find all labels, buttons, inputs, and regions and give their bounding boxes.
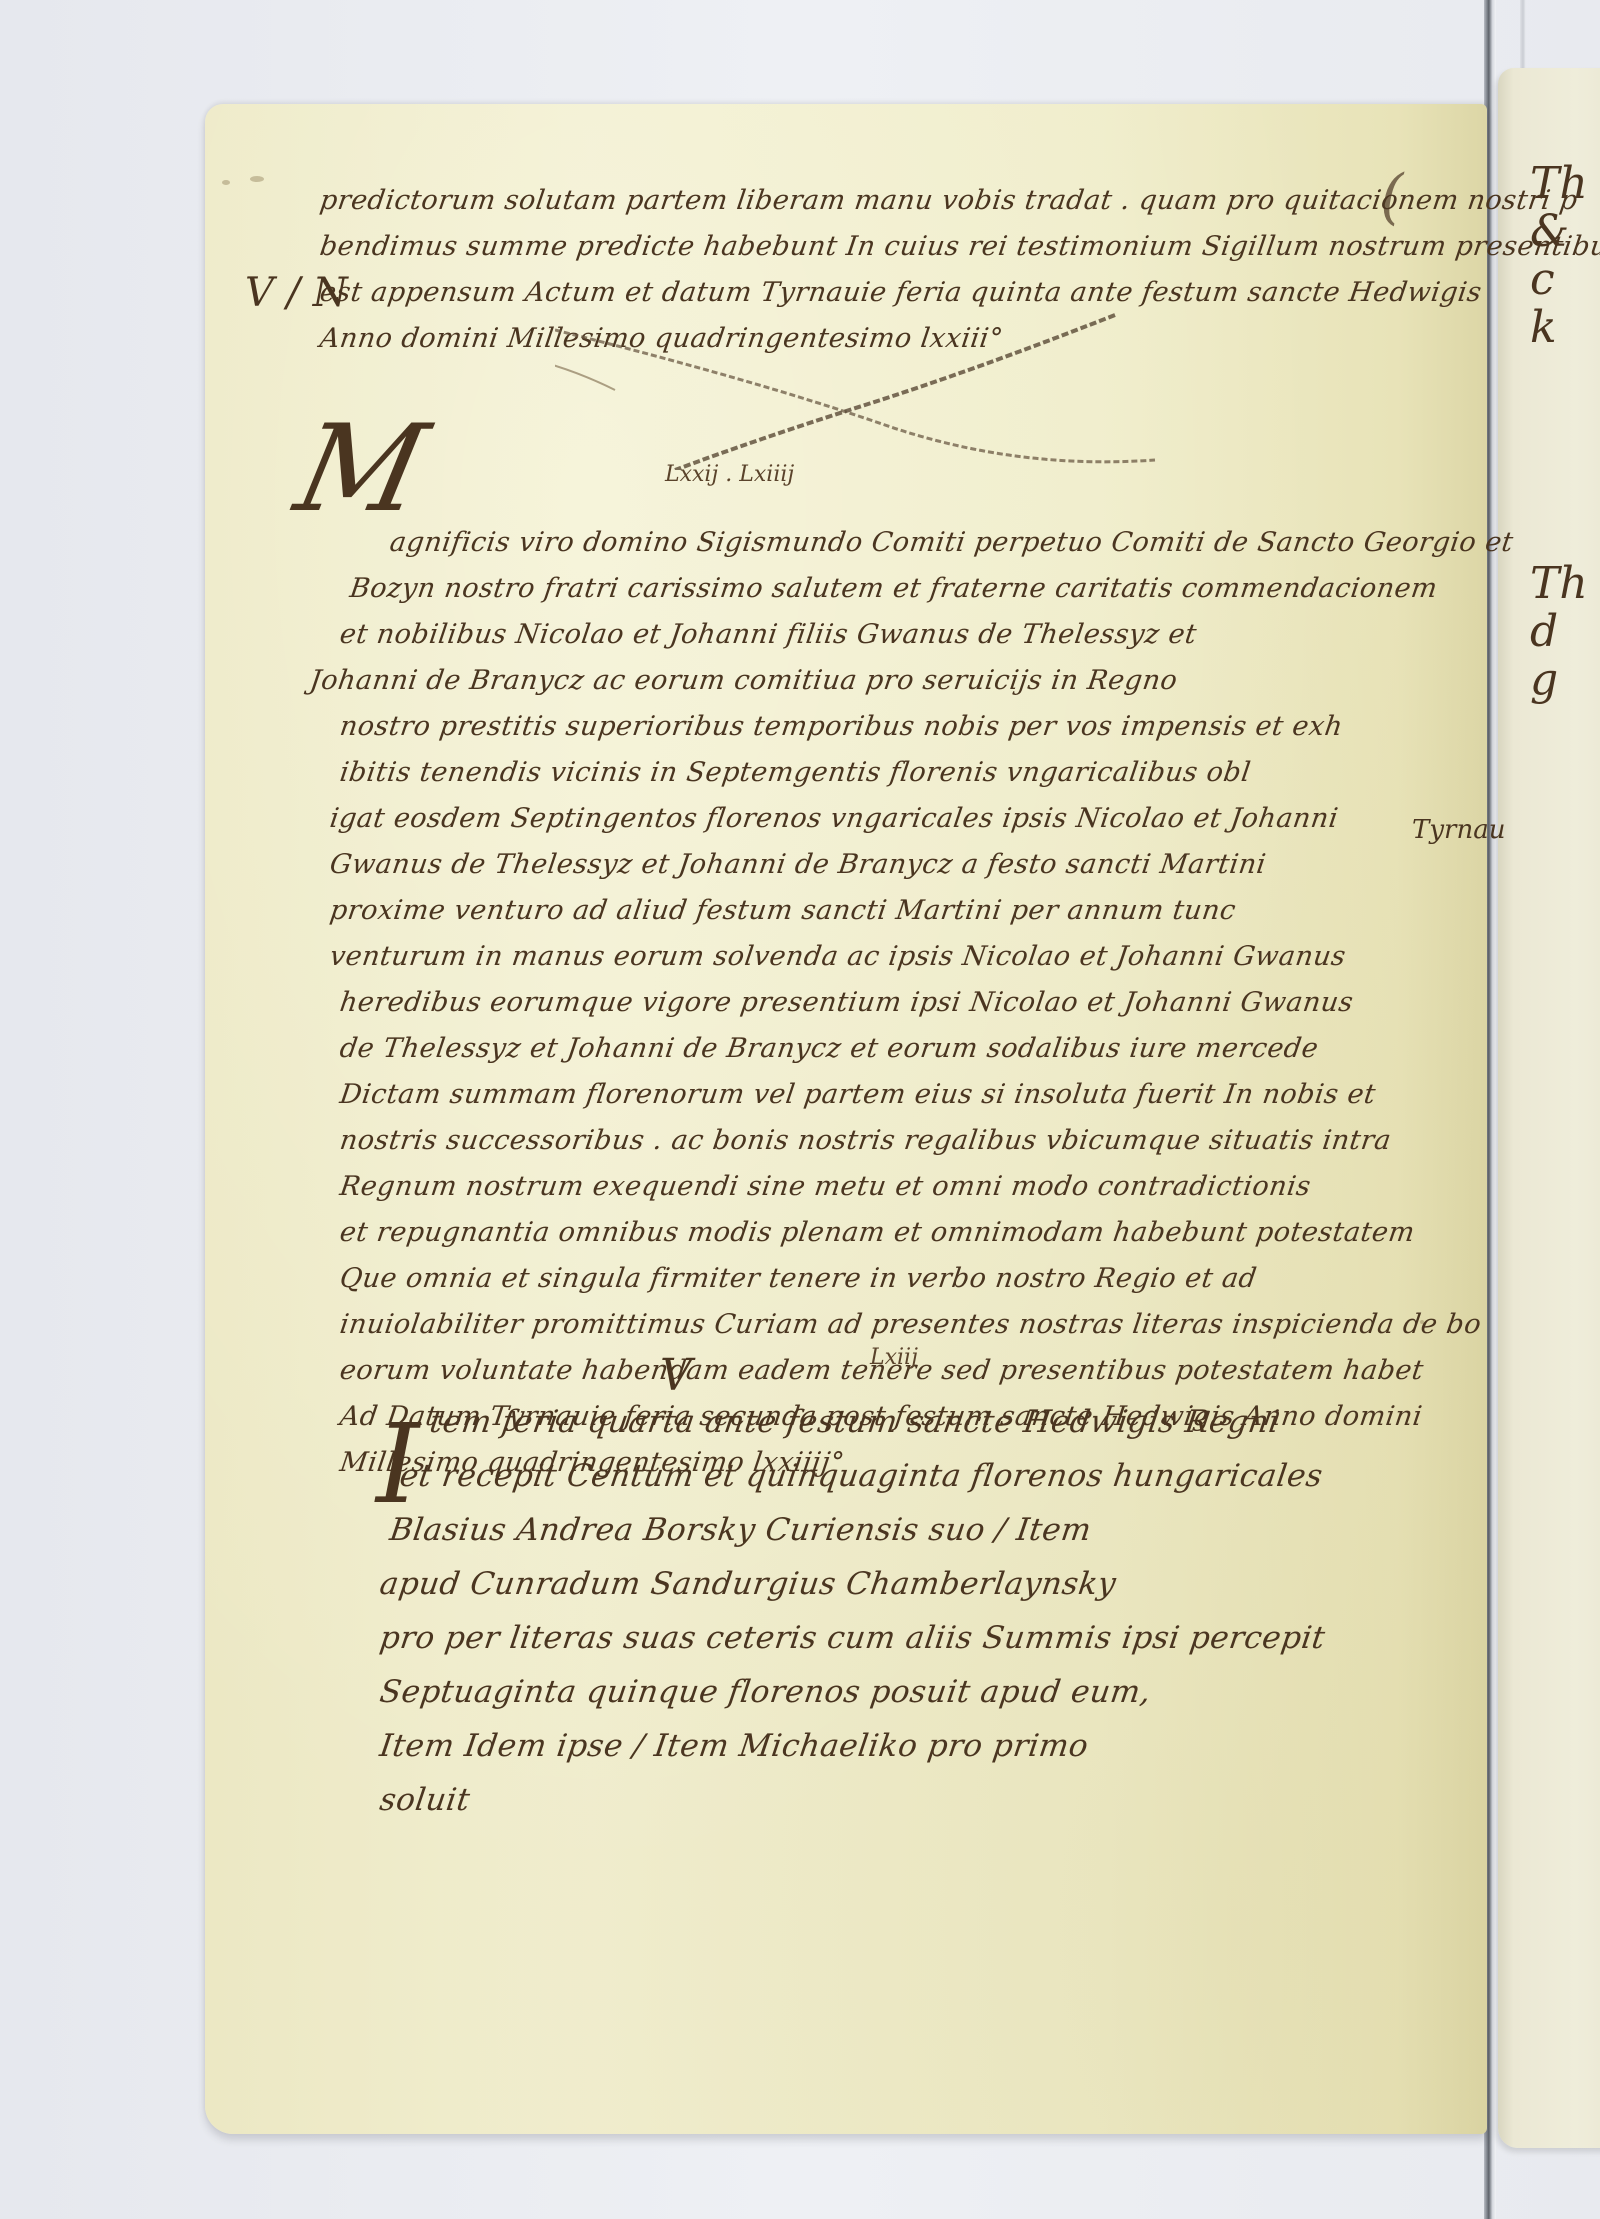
- entry-2-heading: Lxxij . Lxiiij: [665, 462, 794, 487]
- text-line: Johanni de Branycz ac eorum comitiua pro…: [307, 658, 1517, 704]
- text-line: Dictam summam florenorum vel partem eius…: [307, 1072, 1517, 1118]
- text-line: soluit: [376, 1773, 1329, 1827]
- text-line: bendimus summe predicte habebunt In cuiu…: [317, 224, 1600, 270]
- text-line: venturum in manus eorum solvenda ac ipsi…: [307, 934, 1517, 980]
- text-line: Septuaginta quinque florenos posuit apud…: [376, 1665, 1329, 1719]
- text-line: proxime venturo ad aliud festum sancti M…: [307, 888, 1517, 934]
- text-line: et repugnantia omnibus modis plenam et o…: [307, 1210, 1517, 1256]
- entry-3-heading: Lxiij: [870, 1345, 918, 1370]
- text-line: heredibus eorumque vigore presentium ips…: [307, 980, 1517, 1026]
- entry-2-text: agnificis viro domino Sigismundo Comiti …: [310, 520, 1513, 1486]
- text-line: Gwanus de Thelessyz et Johanni de Branyc…: [307, 842, 1517, 888]
- margin-mark-entry-2: V / N: [245, 270, 348, 316]
- stain: [250, 176, 264, 182]
- margin-mark-entry-3: V: [660, 1350, 692, 1401]
- text-line: nostro prestitis superioribus temporibus…: [307, 704, 1517, 750]
- facing-page: [1498, 68, 1600, 2148]
- text-line: Regnum nostrum exequendi sine metu et om…: [307, 1164, 1517, 1210]
- text-line: Blasius Andrea Borsky Curiensis suo / It…: [376, 1503, 1329, 1557]
- text-line: Bozyn nostro fratri carissimo salutem et…: [307, 566, 1517, 612]
- text-line: et recepit Centum et quinquaginta floren…: [376, 1449, 1329, 1503]
- text-line: Que omnia et singula firmiter tenere in …: [307, 1256, 1517, 1302]
- text-line: tem feria quarta ante festum sancte Hedw…: [376, 1395, 1329, 1449]
- text-line: agnificis viro domino Sigismundo Comiti …: [307, 520, 1517, 566]
- text-line: inuiolabiliter promittimus Curiam ad pre…: [307, 1302, 1517, 1348]
- text-line: predictorum solutam partem liberam manu …: [317, 178, 1600, 224]
- entry-3-text: tem feria quarta ante festum sancte Hedw…: [380, 1395, 1325, 1827]
- text-line: et nobilibus Nicolao et Johanni filiis G…: [307, 612, 1517, 658]
- text-line: Item Idem ipse / Item Michaeliko pro pri…: [376, 1719, 1329, 1773]
- stain: [222, 180, 230, 185]
- text-line: pro per literas suas ceteris cum aliis S…: [376, 1611, 1329, 1665]
- text-line: igat eosdem Septingentos florenos vngari…: [307, 796, 1517, 842]
- facing-page-text-mid: Th d g: [1530, 560, 1588, 704]
- cancellation-cross-icon: [555, 310, 1175, 470]
- text-line: ibitis tenendis vicinis in Septemgentis …: [307, 750, 1517, 796]
- margin-note-right: Tyrnau: [1412, 815, 1505, 845]
- text-line: nostris successoribus . ac bonis nostris…: [307, 1118, 1517, 1164]
- text-line: de Thelessyz et Johanni de Branycz et eo…: [307, 1026, 1517, 1072]
- text-line: apud Cunradum Sandurgius Chamberlaynsky: [376, 1557, 1329, 1611]
